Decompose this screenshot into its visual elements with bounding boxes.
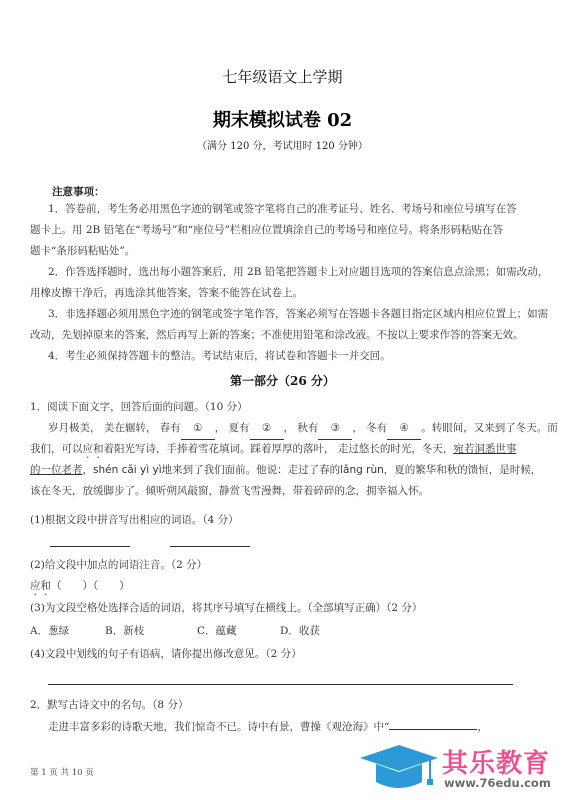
notice-line: 题卡上。用 2B 铅笔在“考场号”和“座位号”栏相应位置填涂自己的考场号和座位号…: [30, 220, 503, 241]
answer-line[interactable]: [170, 546, 250, 547]
question-2-prompt: 2．默写古诗文中的名句。（8 分）: [30, 695, 188, 716]
dotted-word: 应和: [83, 443, 104, 455]
passage-blank-3: ③: [318, 418, 352, 440]
underlined-sentence: 宛若洞悉世事: [453, 443, 516, 455]
passage-text: 着阳光写诗，手捧着雪花填词。踩着厚厚的落叶， 走过悠长的时光，冬天，: [104, 443, 454, 455]
page-number: 第 1 页 共 10 页: [30, 766, 94, 778]
passage-line-1: 岁月极美， 美在辗转， 春有①， 夏有②， 秋有③， 冬有④。转眼间，又来到了冬…: [48, 418, 558, 440]
pinyin-answer-brackets[interactable]: （ ）（ ）: [51, 580, 130, 592]
passage-line-2: 我们，可以应和着阳光写诗，手捧着雪花填词。踩着厚厚的落叶， 走过悠长的时光，冬天…: [30, 439, 516, 461]
passage-text: ，夏的繁华和秋的馈恒，是时候，: [384, 464, 542, 476]
notice-line: 3．非选择题必须用黑色字迹的钢笔或签字笔作答，答案必须写在答题卡各题目指定区域内…: [48, 304, 548, 325]
exam-title: 期末模拟试卷 02: [0, 106, 565, 132]
notice-line: 1．答卷前，考生务必用黑色字迹的钢笔或签字笔将自己的准考证号、姓名、考场号和座位…: [48, 199, 517, 220]
notice-heading: 注意事项：: [52, 184, 105, 199]
notice-line: 改动，先划掉原来的答案，然后再写上新的答案；不准使用铅笔和涂改液。不按以上要求作…: [30, 325, 524, 346]
section-title: 第一部分（26 分）: [0, 372, 565, 389]
passage-text: ， 秋有: [284, 422, 319, 434]
passage-text: ，: [83, 464, 94, 476]
pinyin-text: shén cǎi yì yì: [93, 464, 162, 476]
question-1-prompt: 1．阅读下面文字，回答后面的问题。（10 分）: [30, 397, 248, 418]
option-a: A．葱绿: [30, 621, 105, 642]
passage-text: 。转眼间，又来到了冬天。而: [421, 422, 558, 434]
dotted-word: 应和: [30, 580, 51, 592]
answer-line[interactable]: [48, 684, 513, 685]
notice-line: 用橡皮擦干净后，再选涂其他答案，答案不能答在试卷上。: [30, 283, 303, 304]
option-list: A．葱绿B．新枝C．蕴藏D．收获: [30, 621, 320, 642]
passage-text: ， 冬有: [352, 422, 387, 434]
subquestion-3: (3)为文段空格处选择合适的词语，将其序号填写在横线上。（全部填写正确）（2 分…: [30, 598, 422, 619]
passage-line-3: 的一位老者，shén cǎi yì yì地来到了我们面前。他说：走过了春的lǎn…: [30, 460, 541, 481]
question-2-line: 走进丰富多彩的诗歌天地，我们惊奇不已。诗中有景，曹操《观沧海》中“，: [48, 717, 488, 738]
passage-blank-1: ①: [181, 418, 215, 440]
graduation-cap-icon: [356, 742, 442, 794]
question-text: ，: [477, 721, 488, 733]
subquestion-2: (2)给文段中加点的词语注音。（2 分）: [30, 555, 207, 576]
watermark-url: www.76edu.com: [444, 776, 551, 790]
option-b: B．新枝: [105, 621, 197, 642]
exam-subtitle: 七年级语文上学期: [0, 66, 565, 87]
passage-text: 地来到了我们面前。他说：走过了春的: [162, 464, 341, 476]
watermark-logo: 其乐教育 www.76edu.com: [356, 742, 561, 794]
subquestion-2-answer: 应和（ ）（ ）: [30, 576, 130, 598]
notice-line: 4．考生必须保持答题卡的整洁。考试结束后，将试卷和答题卡一并交回。: [48, 346, 391, 367]
pinyin-text: lǎng rùn: [340, 464, 384, 476]
passage-text: 我们，可以: [30, 443, 83, 455]
notice-line: 题卡“条形码粘贴处”。: [30, 241, 135, 262]
option-d: D．收获: [280, 621, 320, 642]
subquestion-4: (4)文段中划线的句子有语病，请你提出修改意见。（2 分）: [30, 644, 302, 665]
question-text: 走进丰富多彩的诗歌天地，我们惊奇不已。诗中有景，曹操《观沧海》中“: [48, 721, 389, 733]
answer-line[interactable]: [50, 546, 130, 547]
passage-text: 岁月极美， 美在辗转， 春有: [48, 422, 181, 434]
passage-blank-2: ②: [250, 418, 284, 440]
fill-blank[interactable]: [389, 729, 477, 730]
passage-blank-4: ④: [387, 418, 421, 440]
passage-text: ， 夏有: [215, 422, 250, 434]
underlined-sentence: 的一位老者: [30, 464, 83, 476]
subquestion-1: (1)根据文段中拼音写出相应的词语。（4 分）: [30, 510, 239, 531]
option-c: C．蕴藏: [197, 621, 280, 642]
watermark-name: 其乐教育: [442, 743, 550, 780]
notice-line: 2．作答选择题时，选出每小题答案后，用 2B 铅笔把答题卡上对应题目选项的答案信…: [48, 262, 548, 283]
passage-line-4: 该在冬天，放缓脚步了。倾听朔风敲窗，静赏飞雪漫舞，带着碎碎的念，拥幸福入怀。: [30, 481, 429, 502]
score-note: （满分 120 分，考试用时 120 分钟）: [0, 137, 565, 152]
